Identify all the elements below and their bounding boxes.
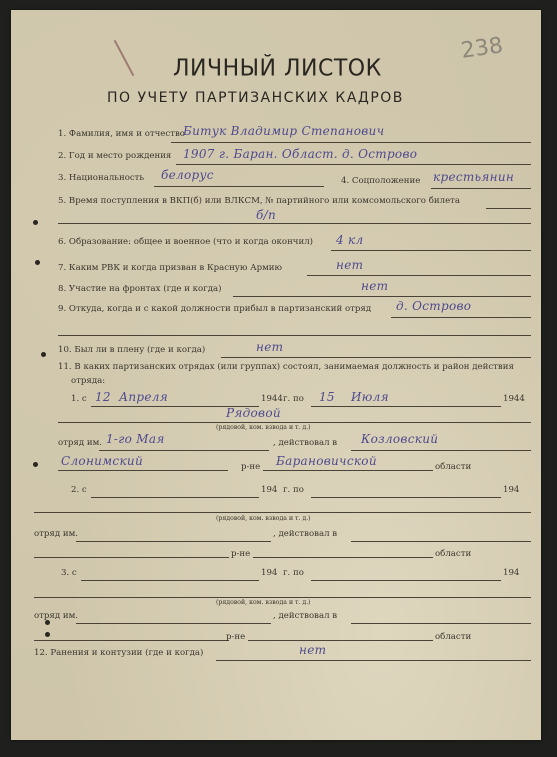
service-2-region-label: области [435, 549, 471, 559]
field-10-value: нет [256, 340, 283, 354]
service-2-unit-label: отряд им. [34, 529, 78, 539]
service-3-to-year: 194 [503, 568, 519, 578]
service-3-unit-label: отряд им. [34, 611, 78, 621]
field-8-label: 8. Участие на фронтах (где и когда) [58, 284, 221, 294]
punch-hole [33, 220, 38, 225]
field-5-label: 5. Время поступления в ВКП(б) или ВЛКСМ,… [58, 196, 460, 206]
field-6-label: 6. Образование: общее и военное (что и к… [58, 237, 313, 247]
document-title: ЛИЧНЫЙ ЛИСТОК [173, 55, 382, 81]
field-1-value: Битук Владимир Степанович [183, 124, 384, 138]
field-7-value: нет [336, 258, 363, 272]
field-10-label: 10. Был ли в плену (где и когда) [58, 345, 205, 355]
field-12-label: 12. Ранения и контузии (где и когда) [34, 648, 203, 658]
field-2-value: 1907 г. Баран. Област. д. Острово [183, 147, 417, 161]
field-4-label: 4. Соцположение [341, 176, 420, 186]
archive-number: 238 [459, 33, 504, 64]
service-3-from-year: 194 [261, 568, 277, 578]
service-1-unit-label: отряд им. [58, 438, 102, 448]
field-2-label: 2. Год и место рождения [58, 151, 171, 161]
service-1-from-month: Апреля [119, 390, 168, 404]
punch-hole [33, 462, 38, 467]
service-1-to-day: 15 [319, 390, 335, 404]
service-3-district-label: р-не [226, 632, 245, 642]
field-6-value: 4 кл [336, 233, 363, 247]
service-2-to-label: г. по [283, 485, 304, 495]
service-2-acted-label: , действовал в [273, 529, 337, 539]
service-3-position-hint: (рядовой, ком. взвода и т. д.) [216, 599, 311, 606]
service-1-position-hint: (рядовой, ком. взвода и т. д.) [216, 424, 311, 431]
field-5-value: б/п [256, 208, 276, 222]
service-3-acted-label: , действовал в [273, 611, 337, 621]
service-1-district-label: р-не [241, 462, 260, 472]
service-1-unit: 1-го Мая [106, 432, 165, 446]
service-1-acted-in: Козловский [361, 432, 438, 446]
service-1-region-label: области [435, 462, 471, 472]
field-3-label: 3. Национальность [58, 173, 144, 183]
field-9-label: 9. Откуда, когда и с какой должности при… [58, 304, 371, 314]
service-1-region: Барановичской [276, 454, 377, 468]
document-sheet: 238 ЛИЧНЫЙ ЛИСТОК ПО УЧЕТУ ПАРТИЗАНСКИХ … [11, 10, 541, 740]
punch-hole [35, 260, 40, 265]
service-2-to-year: 194 [503, 485, 519, 495]
punch-hole [41, 352, 46, 357]
field-3-value: белорус [161, 168, 214, 182]
punch-hole [45, 632, 50, 637]
service-1-acted-label: , действовал в [273, 438, 337, 448]
service-1-from-day: 12 [95, 390, 111, 404]
field-11-label-cont: отряда: [71, 376, 105, 386]
service-1-to-month: Июля [351, 390, 389, 404]
service-2-from-year: 194 [261, 485, 277, 495]
service-3-num: 3. с [61, 568, 77, 578]
field-7-label: 7. Каким РВК и когда призван в Красную А… [58, 263, 282, 273]
service-1-to-label: г. по [283, 394, 304, 404]
service-2-num: 2. с [71, 485, 87, 495]
service-2-position-hint: (рядовой, ком. взвода и т. д.) [216, 515, 311, 522]
field-9-value: д. Острово [396, 299, 471, 313]
field-1-label: 1. Фамилия, имя и отчество [58, 129, 185, 139]
service-2-district-label: р-не [231, 549, 250, 559]
service-3-region-label: области [435, 632, 471, 642]
field-11-label: 11. В каких партизанских отрядах (или гр… [58, 362, 514, 372]
field-4-value: крестьянин [433, 170, 514, 184]
service-1-from-year: 1944 [261, 394, 283, 404]
check-mark [114, 40, 135, 76]
service-1-num: 1. с [71, 394, 87, 404]
field-8-value: нет [361, 279, 388, 293]
service-1-to-year: 1944 [503, 394, 525, 404]
service-3-to-label: г. по [283, 568, 304, 578]
service-1-district: Слонимский [61, 454, 143, 468]
document-subtitle: ПО УЧЕТУ ПАРТИЗАНСКИХ КАДРОВ [107, 90, 404, 106]
service-1-position: Рядовой [226, 406, 281, 420]
field-12-value: нет [299, 643, 326, 657]
